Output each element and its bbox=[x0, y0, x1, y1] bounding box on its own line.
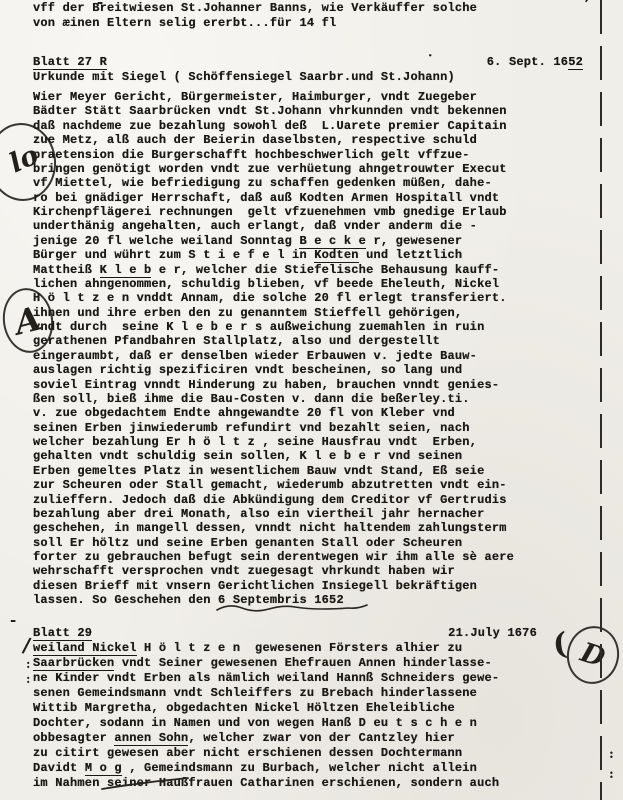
text-segment: soll Er höltz und seine Erben genanten S… bbox=[33, 536, 462, 550]
text-segment: H ö l t z e n gewesenen Försters alhier … bbox=[137, 641, 463, 655]
text-segment: von æinen Eltern selig ererbt...für 14 f… bbox=[33, 16, 336, 30]
text-segment: bezahlung aber drei Monath, also ein vie… bbox=[33, 507, 484, 521]
text-line: bezahlung aber drei Monath, also ein vie… bbox=[33, 507, 593, 521]
text-line: Blatt 27 R6. Sept. 1652 bbox=[33, 55, 593, 70]
text-line: jenige 20 fl welche weiland Sonntag B e … bbox=[33, 234, 593, 248]
text-line: bringen genötigt worden vndt zue verhüet… bbox=[33, 162, 593, 176]
text-line: gehalten vndt schuldig sein sollen, K l … bbox=[33, 449, 593, 463]
underlined-text: annen Sohn bbox=[114, 731, 188, 746]
text-segment: Erben gemeltes Platz in wesentlichem Bau… bbox=[33, 464, 484, 478]
text-segment: v. zue obgedachtem Endte ahngewandte 20 … bbox=[33, 406, 455, 420]
text-line: welcher bezahlung Er h ö l t z , seine H… bbox=[33, 435, 593, 449]
text-segment: zulieffern. Jedoch daß die Abkündigung d… bbox=[33, 493, 507, 507]
text-segment: Kirchenpflägerei rechnungen gelt vfzuene… bbox=[33, 205, 507, 219]
text-line: eingeraumbt, daß er denselben wieder Erb… bbox=[33, 349, 593, 363]
text-segment: ne Kinder vndt Erben als nämlich weiland… bbox=[33, 671, 499, 685]
text-segment: bringen genötigt worden vndt zue verhüet… bbox=[33, 162, 507, 176]
margin-colon-1-icon: : bbox=[26, 658, 30, 670]
text-segment: , Gemeindsmann zu Burbach, welcher nicht… bbox=[122, 761, 477, 775]
text-segment: geschehen, in mangell dessen, vnndt nich… bbox=[33, 521, 507, 535]
text-line: gerathenen Pfandbahren Stallplatz, also … bbox=[33, 334, 593, 348]
blatt-29-header: Blatt 2921.July 1676 bbox=[33, 626, 593, 641]
scanned-typescript-page: vff der Breitwiesen St.Johanner Banns, w… bbox=[0, 0, 623, 800]
text-segment: zu citirt gewesen aber nicht erschienen … bbox=[33, 746, 462, 760]
text-segment: Dochter, sodann in Namen und von wegen H… bbox=[33, 716, 477, 730]
text-line: Dochter, sodann in Namen und von wegen H… bbox=[33, 716, 593, 731]
text-segment: auslagen richtig spezificiren vndt besch… bbox=[33, 363, 462, 377]
text-line: wehrschafft versprochen vndt zuegesagt v… bbox=[33, 564, 593, 578]
text-line: v. zue obgedachtem Endte ahngewandte 20 … bbox=[33, 406, 593, 420]
text-segment: zue Metz, alß auch der Beierin daselbste… bbox=[33, 133, 477, 147]
wavy-underline-icon bbox=[215, 601, 370, 615]
text-segment: vndt durch seine K l e b e r s außweichu… bbox=[33, 320, 484, 334]
text-segment: daß nachdeme zue bezahlung sowohl deß L.… bbox=[33, 119, 507, 133]
intro-note: vff der Breitwiesen St.Johanner Banns, w… bbox=[33, 1, 593, 31]
text-line: Blatt 2921.July 1676 bbox=[33, 626, 593, 641]
text-segment: gehalten vndt schuldig sein sollen, K l … bbox=[33, 449, 462, 463]
margin-letter-a-icon: A bbox=[12, 301, 45, 339]
text-line: senen Gemeindsmann vndt Schleiffers zu B… bbox=[33, 686, 593, 701]
text-segment: diesen Brieff mit vnsern Gerichtlichen I… bbox=[33, 579, 477, 593]
text-segment: vf Miettel, wie befriedigung zu schaffen… bbox=[33, 176, 492, 190]
text-line: vff der Breitwiesen St.Johanner Banns, w… bbox=[33, 1, 593, 16]
text-line: zur Scheuren oder Stall gemacht, wiederu… bbox=[33, 478, 593, 492]
text-segment: zur Scheuren oder Stall gemacht, wiederu… bbox=[33, 478, 507, 492]
text-line: zue Metz, alß auch der Beierin daselbste… bbox=[33, 133, 593, 147]
text-line: seinen Erben jinwiederumb refundirt vnd … bbox=[33, 421, 593, 435]
text-line: Erben gemeltes Platz in wesentlichem Bau… bbox=[33, 464, 593, 478]
text-segment: lichen ahngenommen, schuldig blieben, vf… bbox=[33, 277, 499, 291]
text-line: Kirchenpflägerei rechnungen gelt vfzuene… bbox=[33, 205, 593, 219]
date-text: 6. Sept. 1652 bbox=[487, 55, 583, 70]
text-segment: ßen soll, bieß ihme die Bau-Costen v. da… bbox=[33, 392, 470, 406]
underlined-text: Blatt 29 bbox=[33, 626, 92, 641]
text-segment: ro bei gnädiger Herrschaft, daß auß Kodt… bbox=[33, 191, 499, 205]
text-line: ihnen und ihre erben den zu genanntem St… bbox=[33, 306, 593, 320]
margin-letter-lo-icon: lo bbox=[6, 141, 43, 177]
text-line: underthänig angehalten, auch erlangt, da… bbox=[33, 219, 593, 233]
text-line: Bädter Stätt Saarbrücken vndt St.Johann … bbox=[33, 104, 593, 118]
text-line: Urkunde mit Siegel ( Schöffensiegel Saar… bbox=[33, 70, 593, 85]
text-segment: Wittib Margretha, obgedachten Nickel Höl… bbox=[33, 701, 455, 715]
text-segment: 6. Sept. 16 bbox=[487, 55, 568, 69]
text-line: Saarbrücken vndt Seiner gewesenen Ehefra… bbox=[33, 656, 593, 671]
underlined-text: 52 bbox=[568, 55, 583, 70]
text-segment: Bürger und wührt zum S t i e f e l in bbox=[33, 248, 314, 262]
text-line: Wier Meyer Gericht, Bürgermeister, Haimb… bbox=[33, 90, 593, 104]
text-segment: r, gewesener bbox=[366, 234, 462, 248]
text-segment: praetension die Burgerschafft hochbeschw… bbox=[33, 148, 470, 162]
text-line: zu citirt gewesen aber nicht erschienen … bbox=[33, 746, 593, 761]
text-line: obbesagter annen Sohn, welcher zwar von … bbox=[33, 731, 593, 746]
text-segment: eingeraumbt, daß er denselben wieder Erb… bbox=[33, 349, 477, 363]
text-line: soviel Eintrag vnndt Hinderung zu haben,… bbox=[33, 378, 593, 392]
text-segment: Bädter Stätt Saarbrücken vndt St.Johann … bbox=[33, 104, 507, 118]
text-segment: jenige 20 fl welche weiland Sonntag bbox=[33, 234, 299, 248]
text-line: zulieffern. Jedoch daß die Abkündigung d… bbox=[33, 493, 593, 507]
text-line: Wittib Margretha, obgedachten Nickel Höl… bbox=[33, 701, 593, 716]
underlined-text: M o g bbox=[85, 761, 122, 776]
text-segment: welcher bezahlung Er h ö l t z , seine H… bbox=[33, 435, 477, 449]
text-segment: Wier Meyer Gericht, Bürgermeister, Haimb… bbox=[33, 90, 477, 104]
underlined-text: Saarbrücken bbox=[33, 656, 114, 671]
mog-underline-tail-icon bbox=[100, 776, 190, 792]
text-segment: 21.July 1676 bbox=[448, 626, 537, 640]
text-line: Davidt M o g , Gemeindsmann zu Burbach, … bbox=[33, 761, 593, 776]
text-line: praetension die Burgerschafft hochbeschw… bbox=[33, 148, 593, 162]
text-segment: soviel Eintrag vnndt Hinderung zu haben,… bbox=[33, 378, 499, 392]
page-edge-line bbox=[600, 0, 602, 800]
text-segment: gerathenen Pfandbahren Stallplatz, also … bbox=[33, 334, 440, 348]
blatt-29-body: weiland Nickel H ö l t z e n gewesenen F… bbox=[33, 641, 593, 791]
text-line: lichen ahngenommen, schuldig blieben, vf… bbox=[33, 277, 593, 291]
underlined-text: weiland Nickel bbox=[33, 641, 137, 656]
text-segment: ihnen und ihre erben den zu genanntem St… bbox=[33, 306, 462, 320]
speck-before-date-icon: · bbox=[428, 50, 433, 63]
text-segment: und letztlich bbox=[359, 248, 463, 262]
text-line: vndt durch seine K l e b e r s außweichu… bbox=[33, 320, 593, 334]
text-line: auslagen richtig spezificiren vndt besch… bbox=[33, 363, 593, 377]
text-segment: obbesagter bbox=[33, 731, 114, 745]
text-segment: Mattheiß bbox=[33, 263, 100, 277]
margin-letter-d-icon: D bbox=[578, 639, 609, 672]
underlined-text: Blatt 27 R bbox=[33, 55, 107, 70]
blatt-27-body: Wier Meyer Gericht, Bürgermeister, Haimb… bbox=[33, 90, 593, 608]
blatt-27-header: Blatt 27 R6. Sept. 1652Urkunde mit Siege… bbox=[33, 55, 593, 85]
text-line: geschehen, in mangell dessen, vnndt nich… bbox=[33, 521, 593, 535]
text-segment: e r, welcher die Stiefelische Behausung … bbox=[151, 263, 499, 277]
text-segment: wehrschafft versprochen vndt zuegesagt v… bbox=[33, 564, 455, 578]
text-segment: underthänig angehalten, auch erlangt, da… bbox=[33, 219, 477, 233]
paren-before-circle-icon: ( bbox=[551, 629, 568, 660]
text-segment: vndt Seiner gewesenen Ehefrauen Annen hi… bbox=[114, 656, 491, 670]
text-segment: Davidt bbox=[33, 761, 85, 775]
text-line: daß nachdeme zue bezahlung sowohl deß L.… bbox=[33, 119, 593, 133]
edge-colon-2-icon: : bbox=[609, 768, 614, 781]
text-line: ro bei gnädiger Herrschaft, daß auß Kodt… bbox=[33, 191, 593, 205]
text-line: Mattheiß K l e b e r, welcher die Stiefe… bbox=[33, 263, 593, 277]
text-line: vf Miettel, wie befriedigung zu schaffen… bbox=[33, 176, 593, 190]
margin-colon-2-icon: : bbox=[26, 673, 30, 685]
text-line: diesen Brieff mit vnsern Gerichtlichen I… bbox=[33, 579, 593, 593]
date-text: 21.July 1676 bbox=[448, 626, 537, 641]
text-line: forter zu gebrauchen befugt sein derentw… bbox=[33, 550, 593, 564]
text-line: H ö l t z e n vnddt Annam, die solche 20… bbox=[33, 291, 593, 305]
text-line: weiland Nickel H ö l t z e n gewesenen F… bbox=[33, 641, 593, 656]
edge-colon-1-icon: : bbox=[609, 748, 614, 761]
check-mark-icon: / bbox=[21, 635, 32, 656]
text-segment: H ö l t z e n vnddt Annam, die solche 20… bbox=[33, 291, 507, 305]
text-line: soll Er höltz und seine Erben genanten S… bbox=[33, 536, 593, 550]
underlined-text: K l e b bbox=[100, 263, 152, 278]
speck-top-left-dash-icon: - bbox=[97, 0, 103, 10]
text-segment: , welcher zwar von der Cantzley hier bbox=[188, 731, 454, 745]
text-line: Bürger und wührt zum S t i e f e l in Ko… bbox=[33, 248, 593, 262]
text-line: von æinen Eltern selig ererbt...für 14 f… bbox=[33, 16, 593, 31]
underlined-text: B e c k e bbox=[299, 234, 366, 249]
left-edge-dash-icon: - bbox=[10, 613, 16, 628]
text-segment: seinen Erben jinwiederumb refundirt vnd … bbox=[33, 421, 470, 435]
text-segment: senen Gemeindsmann vndt Schleiffers zu B… bbox=[33, 686, 477, 700]
text-line: ne Kinder vndt Erben als nämlich weiland… bbox=[33, 671, 593, 686]
underlined-text: Kodten bbox=[314, 248, 358, 263]
text-segment: forter zu gebrauchen befugt sein derentw… bbox=[33, 550, 514, 564]
text-segment: Urkunde mit Siegel ( Schöffensiegel Saar… bbox=[33, 70, 455, 84]
text-line: ßen soll, bieß ihme die Bau-Costen v. da… bbox=[33, 392, 593, 406]
